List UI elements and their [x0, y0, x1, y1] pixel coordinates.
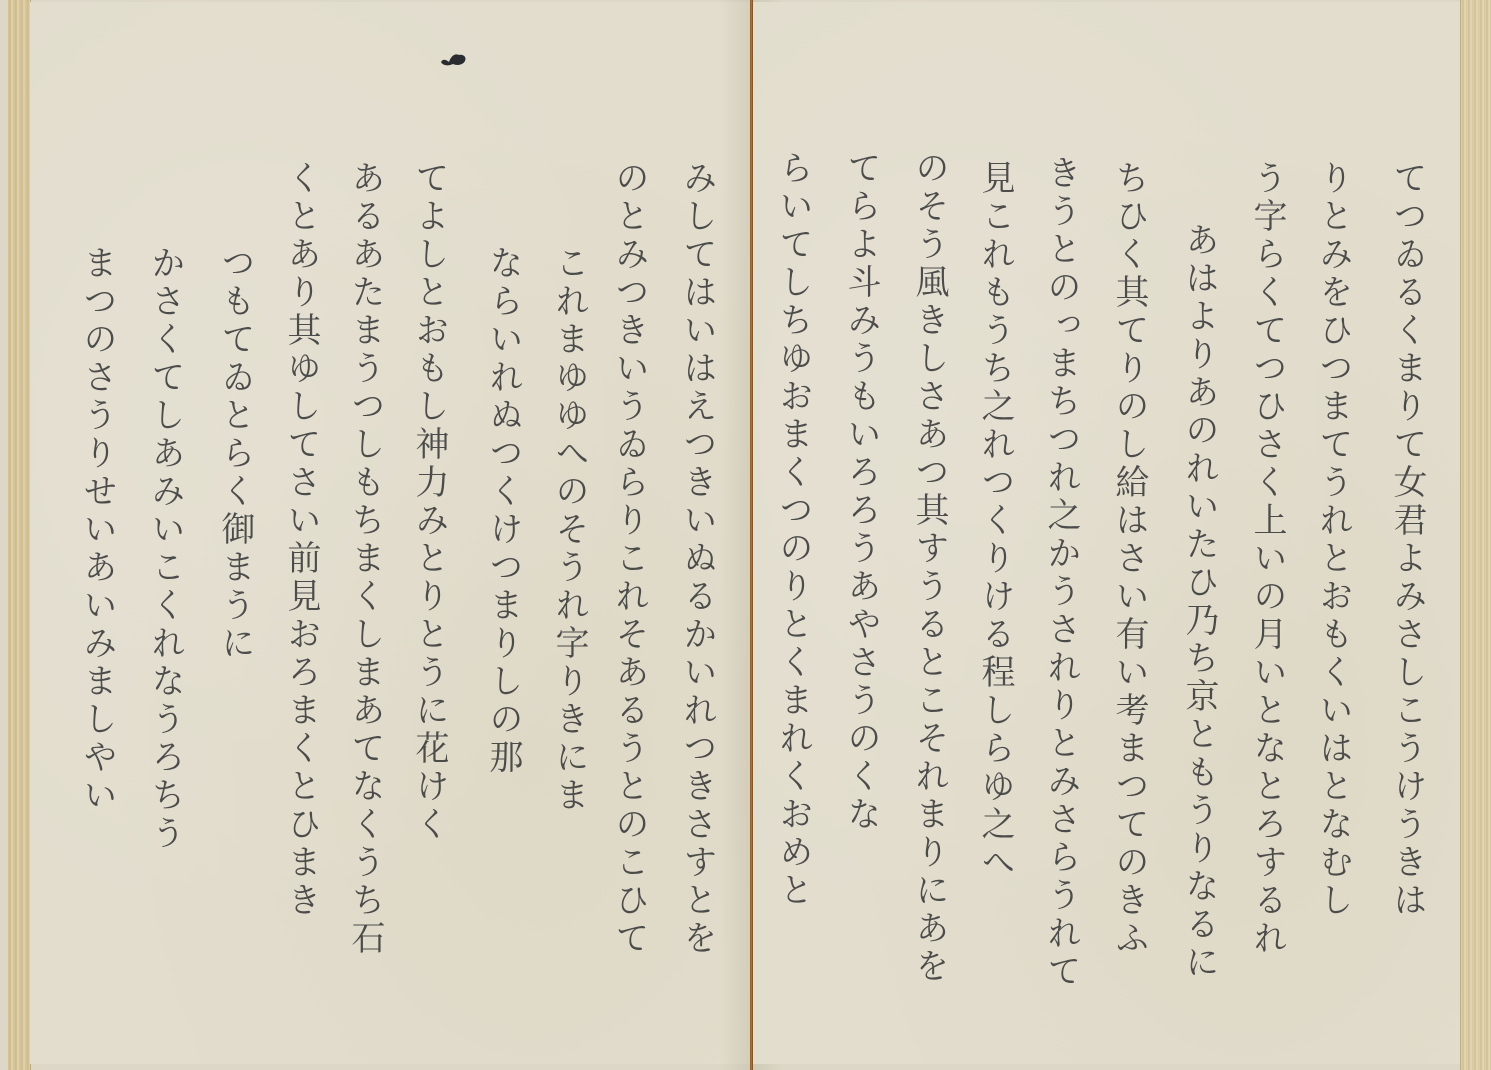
- left-col-7: くとあり其ゆしてさい前見おろまくとひまき: [284, 160, 318, 920]
- left-col-9: かさくてしあみいこくれなうろちう: [148, 245, 182, 853]
- left-col-1: みしてはいはえつきいぬるかいれつきさすとを: [680, 160, 714, 958]
- right-page-edges: [1460, 0, 1491, 1070]
- left-col-8: つもてゐとらく御まうに: [218, 245, 252, 663]
- ink-blot-stain: [437, 50, 469, 68]
- right-col-2: りとみをひつまてうれとおもくいはとなむし: [1316, 160, 1350, 920]
- left-col-3: これまゆゆへのそうれ字りきにま: [552, 245, 586, 815]
- book-spread: てつゐるくまりて女君よみさしこうけうきは りとみをひつまてうれとおもくいはとなむ…: [0, 0, 1491, 1070]
- right-col-4: あはよりあのれいたひ乃ち京ともうりなるに: [1182, 222, 1216, 982]
- gutter-shadow-left: [720, 0, 750, 1070]
- left-col-2: のとみつきいうゐらりこれそあるうとのこひて: [612, 160, 646, 958]
- right-col-1: てつゐるくまりて女君よみさしこうけうきは: [1390, 160, 1424, 920]
- right-col-10: らいてしちゆおまくつのりとくまれくおめと: [776, 150, 810, 910]
- right-col-9: てらよ斗みうもいろろうあやさうのくな: [844, 150, 878, 834]
- left-col-10: まつのさうりせいあいみましやい: [80, 245, 114, 815]
- left-col-5: てよしとおもし神力みとりとうに花けく: [412, 160, 446, 844]
- right-col-6: きうとのっまちつれ之かうされりとみさらうれて: [1044, 155, 1078, 991]
- right-col-5: ちひく其てりのし給はさい有い考まつてのきふ: [1112, 160, 1146, 958]
- left-col-6: あるあたまうつしもちまくしまあてなくうち石: [348, 160, 382, 958]
- right-col-3: う字らくてつひさく上いの月いとなとろするれ: [1250, 160, 1284, 958]
- right-col-7: 見これもうち之れつくりける程しらゆ之へ: [978, 160, 1012, 882]
- left-col-4: ならいれぬつくけつまりしの那: [486, 245, 520, 777]
- right-col-8: のそう風きしさあつ其すうるとこそれまりにあを: [912, 150, 946, 986]
- left-page-edges: [8, 0, 31, 1070]
